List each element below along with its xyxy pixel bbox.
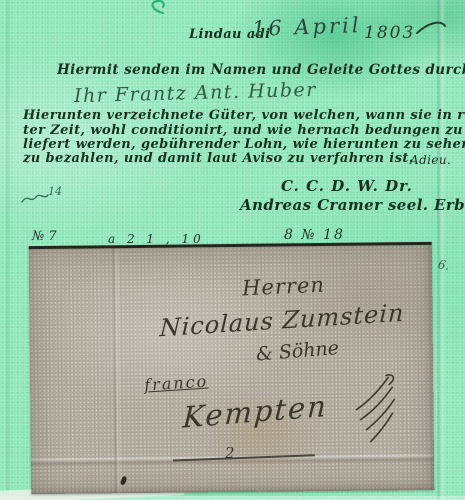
rate-number-hand: 2	[225, 444, 235, 462]
paraph-scribble-icon	[342, 373, 401, 452]
waybill-photo: Lindau adi 16 April 1803 Hiermit senden …	[0, 0, 465, 500]
destination-underline	[173, 454, 315, 461]
dateline-year-hand: 1803	[364, 23, 415, 43]
adieu-word: Adieu.	[410, 153, 451, 167]
body-line-3: liefert werden, gebührender Lohn, wie hi…	[23, 137, 465, 152]
signature-line: Andreas Cramer seel. Erben	[240, 196, 465, 214]
ink-speck	[120, 476, 128, 486]
folded-letter-cover: Herren Nicolaus Zumstein & Söhne franco …	[29, 242, 435, 494]
addressee-title-hand: Herren	[242, 273, 326, 301]
addressee-name-hand: Nicolaus Zumstein	[159, 299, 405, 343]
body-line-1: Hierunten verzeichnete Güter, von welche…	[23, 108, 465, 123]
margin-squiggle-icon	[20, 189, 50, 207]
paper-crease-left	[6, 0, 14, 500]
pen-flourish-icon	[415, 18, 447, 36]
dateline-date-hand: 16 April	[252, 13, 362, 41]
side-mark: 6.	[437, 257, 451, 273]
initials-line: C. C. D. W. Dr.	[281, 177, 413, 195]
destination-hand: Kempten	[182, 389, 329, 435]
franco-note-hand: franco	[144, 372, 209, 395]
body-line-2: ter Zeit, wohl conditionirt, und wie her…	[23, 123, 463, 138]
carrier-name-hand: Ihr Frantz Ant. Huber	[74, 79, 317, 107]
green-pen-mark-icon	[146, 0, 172, 17]
intro-line: Hiermit senden im Namen und Geleite Gott…	[57, 62, 465, 78]
body-line-4: zu bezahlen, und damit laut Aviso zu ver…	[23, 151, 414, 166]
obscured-line-right: 8 № 18	[284, 227, 345, 243]
margin-number: 14	[48, 185, 62, 198]
addressee-suffix-hand: & Söhne	[255, 337, 340, 366]
obscured-line-left: № 7	[32, 229, 57, 244]
